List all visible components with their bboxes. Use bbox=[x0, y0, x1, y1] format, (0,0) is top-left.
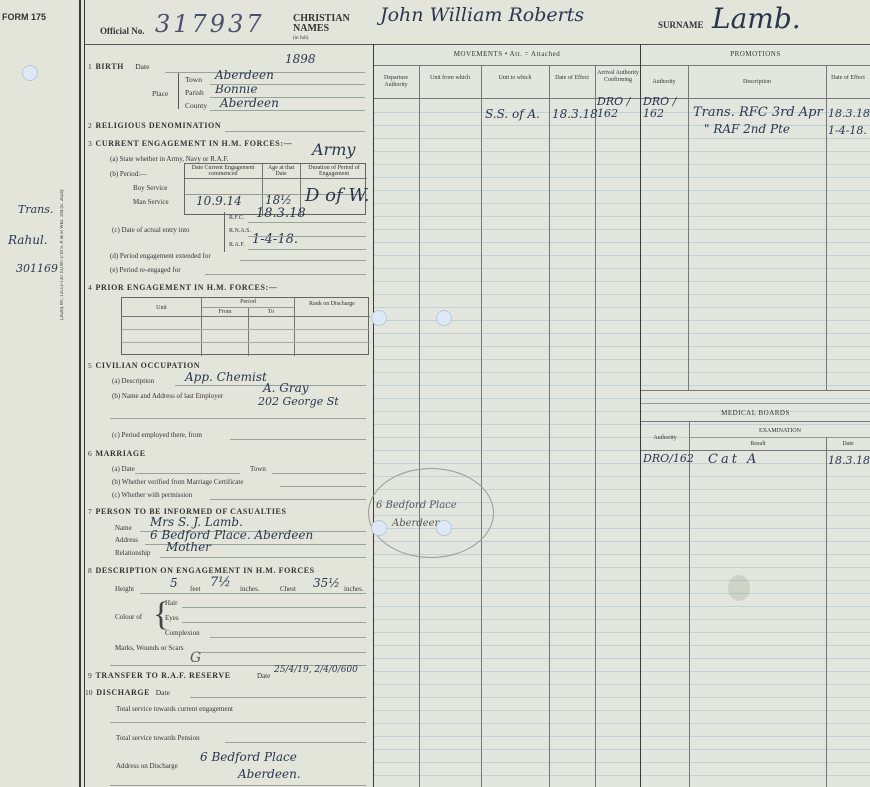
birth-county: Aberdeen bbox=[220, 96, 279, 110]
surname-value: Lamb. bbox=[712, 2, 801, 35]
employer-name: A. Gray bbox=[263, 381, 309, 395]
col-arrival-authority: Arrival Authority Confirming bbox=[596, 70, 640, 84]
punch-hole bbox=[371, 520, 387, 536]
address-stamp bbox=[368, 468, 494, 558]
promotion-desc-2: " RAF 2nd Pte bbox=[704, 122, 790, 136]
height-inches: 7½ bbox=[210, 575, 231, 590]
col-med-authority: Authority bbox=[641, 435, 689, 441]
section-3-title: 3 CURRENT ENGAGEMENT IN H.M. FORCES:— bbox=[88, 139, 292, 148]
prior-engagement-table: Unit Period From To Rank on Discharge bbox=[121, 297, 369, 355]
stamp-line1: 6 Bedford Place bbox=[376, 500, 457, 511]
promotion-date-1: 18.3.18. bbox=[828, 107, 870, 120]
colour-label: Colour of bbox=[115, 613, 142, 621]
stamp-line2: Aberdeen bbox=[392, 518, 441, 529]
marks-label: Marks, Wounds or Scars bbox=[115, 644, 184, 652]
surname-label: SURNAME bbox=[658, 20, 704, 30]
next-of-kin-name: Mrs S. J. Lamb. bbox=[150, 515, 243, 529]
discharge-address-label: Address on Discharge bbox=[116, 762, 178, 770]
medical-result: Cat A bbox=[708, 452, 759, 467]
section-6-title: 6 MARRIAGE bbox=[88, 449, 146, 458]
left-border-inner bbox=[84, 0, 85, 787]
rfc-date: 18.3.18 bbox=[256, 206, 306, 221]
form-number: FORM 175 bbox=[2, 12, 46, 22]
official-no-label: Official No. bbox=[100, 26, 145, 36]
next-of-kin-address-label: Address bbox=[115, 536, 138, 544]
raf-date: 1-4-18. bbox=[252, 232, 298, 247]
col-unit-from: Unit from which bbox=[420, 75, 480, 82]
parish-label: Parish bbox=[185, 88, 204, 97]
section-10-title: 10 DISCHARGE Date bbox=[85, 688, 170, 697]
reengaged-label: (e) Period re-engaged for bbox=[110, 266, 181, 274]
reserve-date-value: 25/4/19, 2/4/0/600 bbox=[274, 665, 358, 675]
col-med-date: Date bbox=[827, 441, 869, 447]
man-service-date: 10.9.14 bbox=[196, 194, 242, 208]
promotion-desc-1: Trans. RFC 3rd Apr bbox=[693, 105, 823, 120]
col-promo-date: Date of Effect bbox=[827, 75, 869, 82]
man-service-age: 18½ bbox=[265, 193, 292, 207]
birth-date: 1898 bbox=[285, 52, 316, 66]
medical-authority: DRO/162 bbox=[643, 452, 694, 465]
promotions-title: PROMOTIONS bbox=[641, 50, 870, 58]
movement-row-arrival: DRO / 162 bbox=[597, 96, 639, 120]
movement-row-unit-to: S.S. of A. bbox=[485, 107, 540, 121]
col-promo-description: Description bbox=[689, 79, 825, 85]
town-label: Town bbox=[185, 75, 202, 84]
discharge-address-line1: 6 Bedford Place bbox=[200, 750, 297, 764]
col-med-result: Result bbox=[690, 441, 826, 447]
section-8-title: 8 DESCRIPTION ON ENGAGEMENT IN H.M. FORC… bbox=[88, 566, 315, 575]
hair-label: Hair bbox=[165, 599, 177, 607]
relationship-label: Relationship bbox=[115, 549, 150, 557]
initial-mark: G bbox=[190, 650, 201, 666]
height-feet: 5 bbox=[170, 576, 178, 590]
col-departure-authority: Departure Authority bbox=[374, 75, 418, 89]
paper-stain bbox=[728, 575, 750, 601]
service-branch-label: (a) State whether in Army, Navy or R.A.F… bbox=[110, 155, 229, 163]
official-no-value: 317937 bbox=[155, 10, 265, 38]
marriage-cert-label: (b) Whether verified from Marriage Certi… bbox=[112, 478, 243, 486]
raf-label: R.A.F. bbox=[229, 242, 245, 248]
punch-hole bbox=[436, 310, 452, 326]
rnas-label: R.N.A.S. bbox=[229, 228, 251, 234]
promotion-date-2: 1-4-18. bbox=[828, 124, 867, 137]
entry-date-label: (c) Date of actual entry into bbox=[112, 226, 190, 234]
chest-label: Chest bbox=[280, 585, 296, 593]
occupation-value: App. Chemist bbox=[185, 370, 267, 384]
christian-names-label: CHRISTIAN NAMES bbox=[293, 14, 363, 34]
man-service-label: Man Service bbox=[133, 198, 169, 206]
christian-names-sub: (in full) bbox=[293, 36, 308, 41]
margin-note-1: Trans. bbox=[18, 203, 53, 216]
total-service-current-label: Total service towards current engagement bbox=[116, 705, 233, 713]
complexion-label: Complexion bbox=[165, 629, 200, 637]
county-label: County bbox=[185, 101, 207, 110]
section-4-title: 4 PRIOR ENGAGEMENT IN H.M. FORCES:— bbox=[88, 283, 277, 292]
place-label: Place bbox=[152, 89, 168, 98]
punch-hole bbox=[22, 65, 38, 81]
chest-inches-label: inches. bbox=[344, 585, 364, 593]
section-2-title: 2 RELIGIOUS DENOMINATION bbox=[88, 121, 221, 130]
medical-date: 18.3.18 bbox=[828, 454, 870, 467]
section-1-title: 1 BIRTH Date bbox=[88, 62, 149, 71]
height-label: Height bbox=[115, 585, 134, 593]
col-date-of-effect: Date of Effect bbox=[550, 75, 594, 82]
medical-boards-title: MEDICAL BOARDS bbox=[641, 409, 870, 417]
punch-hole bbox=[371, 310, 387, 326]
margin-note-3: 301169 bbox=[16, 262, 58, 275]
movement-row-date: 18.3.18 bbox=[552, 107, 598, 121]
section-5-title: 5 CIVILIAN OCCUPATION bbox=[88, 361, 200, 370]
movements-title: MOVEMENTS • Att. = Attached bbox=[374, 50, 640, 58]
marriage-permission-label: (c) Whether with permission bbox=[112, 491, 192, 499]
inches-label: inches. bbox=[240, 585, 260, 593]
col-unit-to: Unit to which bbox=[482, 75, 548, 82]
extended-label: (d) Period engagement extended for bbox=[110, 252, 211, 260]
left-border bbox=[79, 0, 81, 787]
chest-value: 35½ bbox=[313, 576, 340, 590]
birth-town: Aberdeen bbox=[215, 68, 274, 82]
relationship-value: Mother bbox=[166, 540, 211, 554]
marriage-town-label: Town bbox=[250, 465, 266, 473]
col-promo-authority: Authority bbox=[641, 79, 687, 85]
rfc-label: R.F.C. bbox=[229, 215, 244, 221]
employed-period-label: (c) Period employed there, from bbox=[112, 431, 202, 439]
side-print: (2626) Wt. 12512-120 10,000 3/18 S. P. &… bbox=[60, 60, 70, 320]
section-9-title: 9 TRANSFER TO R.A.F. RESERVE bbox=[88, 671, 231, 680]
eyes-label: Eyes bbox=[165, 614, 179, 622]
period-label: (b) Period:— bbox=[110, 170, 147, 178]
man-service-duration: D of W. bbox=[305, 185, 369, 206]
examination-label: EXAMINATION bbox=[690, 428, 870, 434]
next-of-kin-name-label: Name bbox=[115, 524, 132, 532]
marriage-date-label: (a) Date bbox=[112, 465, 135, 473]
reserve-date-label: Date bbox=[257, 672, 270, 680]
margin-note-2: Rahul. bbox=[8, 233, 48, 247]
service-branch-value: Army bbox=[312, 140, 355, 159]
employer-label: (b) Name and Address of last Employer bbox=[112, 392, 223, 400]
feet-label: feet bbox=[190, 585, 201, 593]
punch-hole bbox=[436, 520, 452, 536]
christian-names-value: John William Roberts bbox=[380, 4, 584, 26]
service-record-form: FORM 175 (2626) Wt. 12512-120 10,000 3/1… bbox=[0, 0, 870, 787]
discharge-address-line2: Aberdeen. bbox=[238, 767, 301, 781]
occupation-label: (a) Description bbox=[112, 377, 154, 385]
boy-service-label: Boy Service bbox=[133, 184, 167, 192]
total-service-pension-label: Total service towards Pension bbox=[116, 734, 200, 742]
promotion-authority: DRO / 162 bbox=[643, 96, 687, 120]
employer-address: 202 George St bbox=[258, 395, 339, 408]
